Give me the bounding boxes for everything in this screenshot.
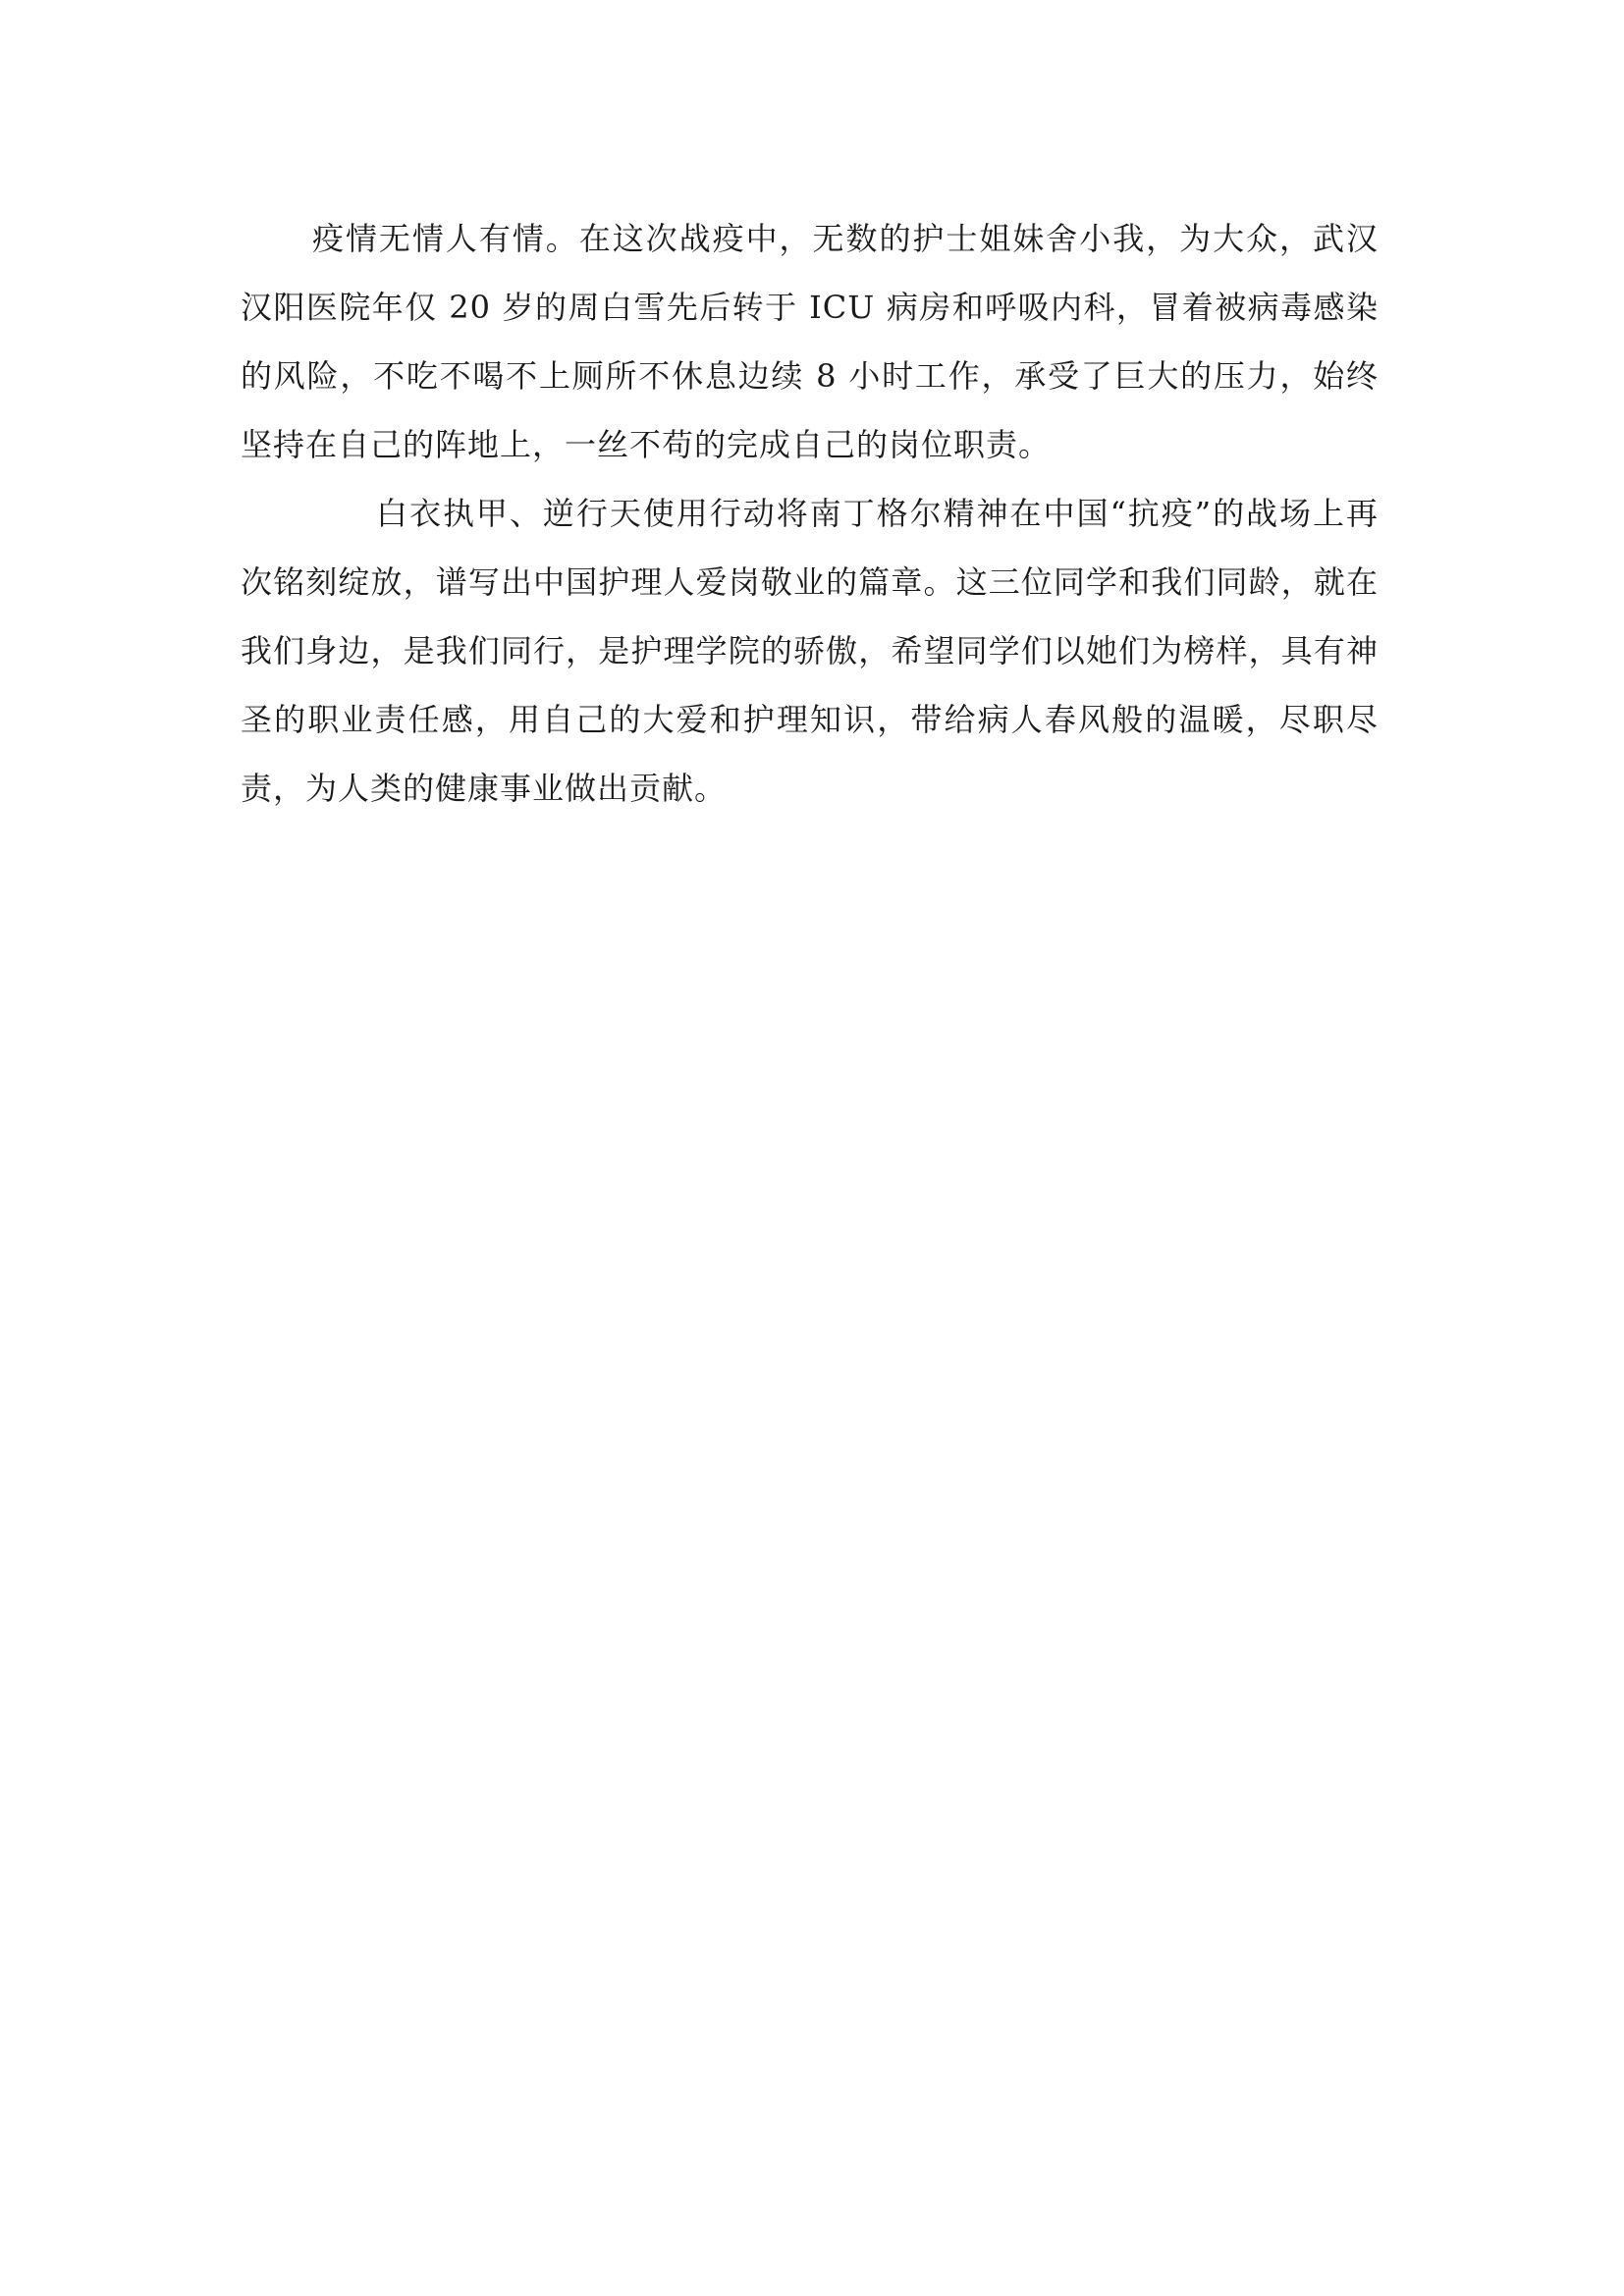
document-page: 疫情无情人有情。在这次战疫中，无数的护士姐妹舍小我，为大众，武汉汉阳医院年仅 2… <box>0 0 1624 2296</box>
paragraph-epidemic-nurses: 疫情无情人有情。在这次战疫中，无数的护士姐妹舍小我，为大众，武汉汉阳医院年仅 2… <box>241 204 1379 479</box>
paragraph-white-armor-tribute: 白衣执甲、逆行天使用行动将南丁格尔精神在中国“抗疫”的战场上再次铭刻绽放，谱写出… <box>241 479 1379 823</box>
document-text-block: 疫情无情人有情。在这次战疫中，无数的护士姐妹舍小我，为大众，武汉汉阳医院年仅 2… <box>241 204 1379 823</box>
